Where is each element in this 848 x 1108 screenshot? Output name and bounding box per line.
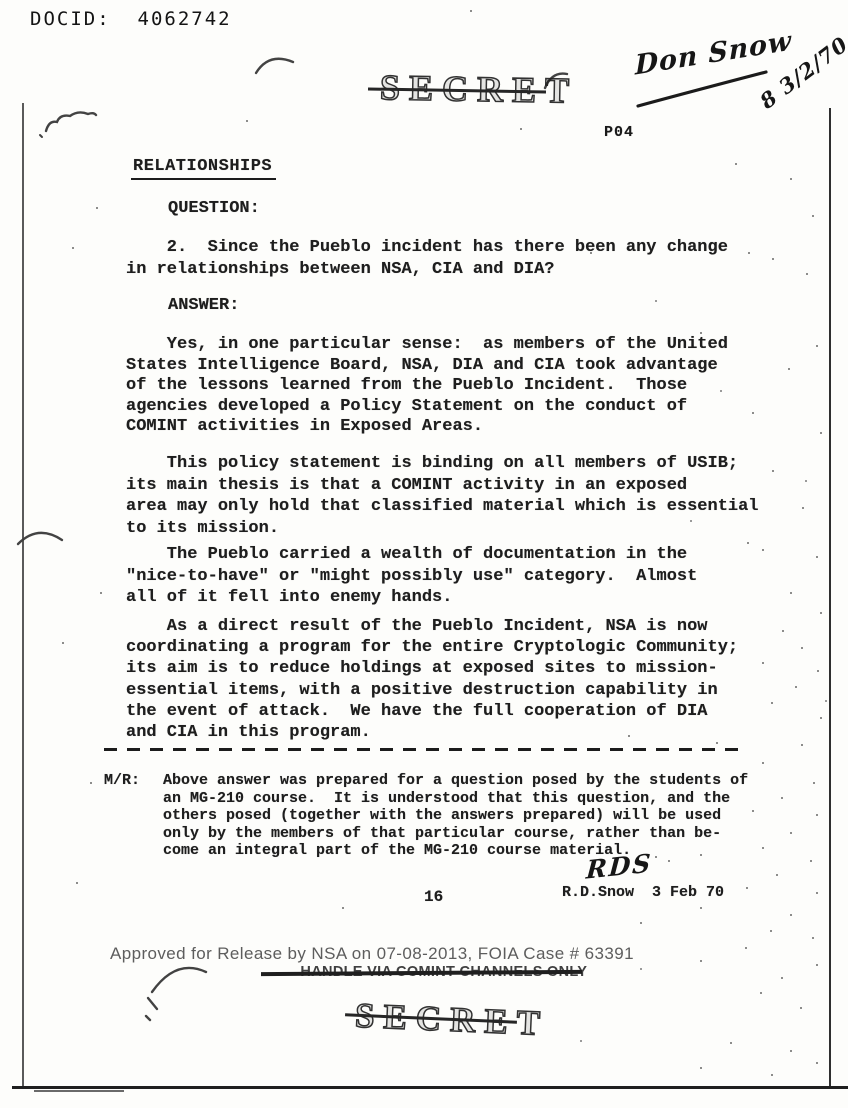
- page-number: 16: [424, 888, 443, 906]
- text-line: and CIA in this program.: [126, 722, 738, 743]
- answer-label: ANSWER:: [168, 296, 239, 315]
- text-line: its aim is to reduce holdings at exposed…: [126, 658, 738, 679]
- dashed-separator: [104, 748, 746, 751]
- text-line: agencies developed a Policy Statement on…: [126, 397, 728, 418]
- signoff-line: R.D.Snow 3 Feb 70: [562, 884, 724, 901]
- text-line: 2. Since the Pueblo incident has there b…: [126, 237, 728, 259]
- answer-paragraph-3: The Pueblo carried a wealth of documenta…: [126, 544, 697, 609]
- text-line: As a direct result of the Pueblo Inciden…: [126, 616, 738, 637]
- text-line: coordinating a program for the entire Cr…: [126, 637, 738, 658]
- text-line: of the lessons learned from the Pueblo I…: [126, 376, 728, 397]
- text-line: area may only hold that classified mater…: [126, 496, 759, 518]
- text-line: in relationships between NSA, CIA and DI…: [126, 259, 728, 281]
- document-heading: RELATIONSHIPS: [133, 157, 272, 176]
- memo-text: Above answer was prepared for a question…: [163, 772, 748, 860]
- foia-approval-line: Approved for Release by NSA on 07-08-201…: [110, 944, 634, 964]
- text-line: to its mission.: [126, 518, 759, 540]
- scan-border-bottom: [12, 1086, 848, 1089]
- question-text: 2. Since the Pueblo incident has there b…: [126, 237, 728, 280]
- answer-paragraph-2: This policy statement is binding on all …: [126, 453, 759, 539]
- handwritten-initials: RDS: [585, 848, 653, 884]
- scan-border-right: [829, 108, 831, 1086]
- text-line: Above answer was prepared for a question…: [163, 772, 748, 790]
- text-line: others posed (together with the answers …: [163, 807, 748, 825]
- text-line: The Pueblo carried a wealth of documenta…: [126, 544, 697, 566]
- scan-noise-speckles: [0, 0, 2, 2]
- text-line: States Intelligence Board, NSA, DIA and …: [126, 356, 728, 377]
- text-line: COMINT activities in Exposed Areas.: [126, 417, 728, 438]
- scan-border-left: [22, 103, 24, 1088]
- scanned-document-page: DOCID: 4062742 SECRET Don Snow 8 3/2/70 …: [0, 0, 848, 1108]
- text-line: This policy statement is binding on all …: [126, 453, 759, 475]
- text-line: essential items, with a positive destruc…: [126, 680, 738, 701]
- text-line: the event of attack. We have the full co…: [126, 701, 738, 722]
- text-line: Yes, in one particular sense: as members…: [126, 335, 728, 356]
- question-label: QUESTION:: [168, 199, 260, 218]
- signature-underline-swash: [632, 60, 772, 110]
- text-line: all of it fell into enemy hands.: [126, 587, 697, 609]
- answer-paragraph-1: Yes, in one particular sense: as members…: [126, 335, 728, 438]
- text-line: come an integral part of the MG-210 cour…: [163, 842, 748, 860]
- text-line: only by the members of that particular c…: [163, 825, 748, 843]
- text-line: an MG-210 course. It is understood that …: [163, 790, 748, 808]
- text-line: "nice-to-have" or "might possibly use" c…: [126, 566, 697, 588]
- text-line: its main thesis is that a COMINT activit…: [126, 475, 759, 497]
- scan-border-bottom-dash: [34, 1090, 124, 1092]
- memo-label: M/R:: [104, 772, 140, 789]
- answer-paragraph-4: As a direct result of the Pueblo Inciden…: [126, 616, 738, 743]
- office-code: P04: [604, 124, 634, 141]
- docid-label: DOCID: 4062742: [30, 8, 232, 30]
